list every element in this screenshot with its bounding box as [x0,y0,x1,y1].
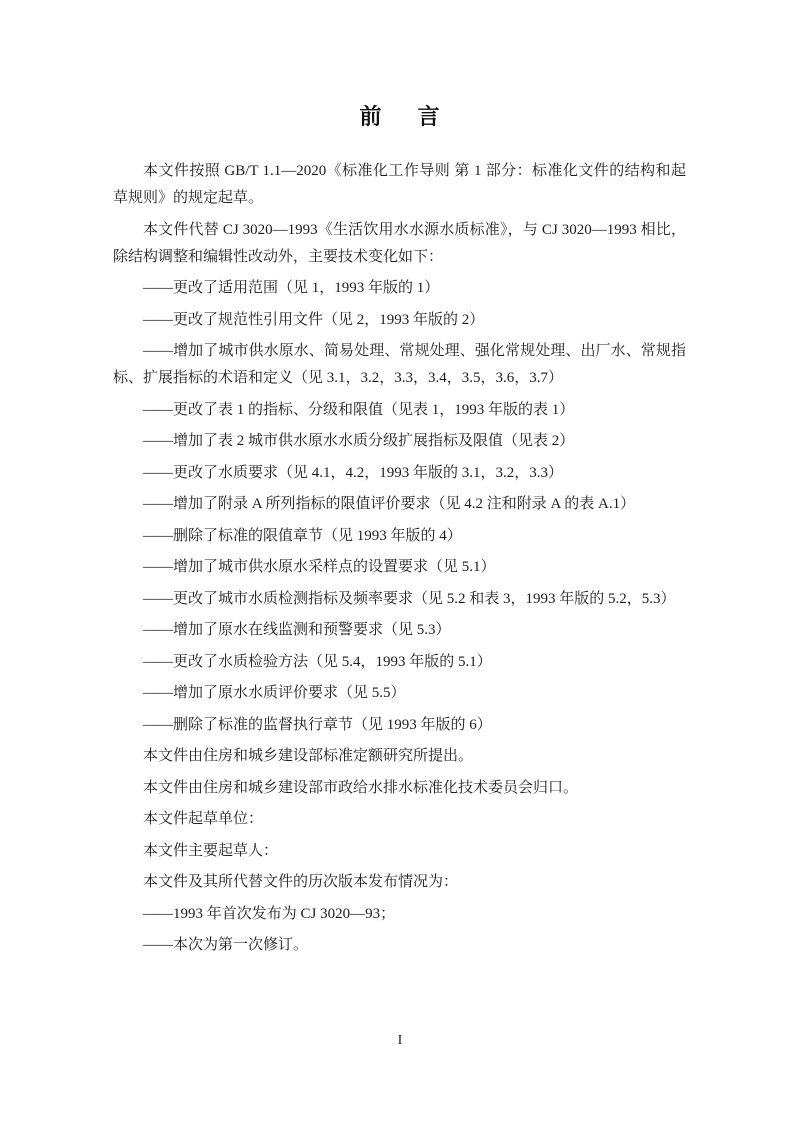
foreword-paragraph: 本文件起草单位： [113,806,686,833]
page-title: 前 言 [113,103,686,130]
foreword-paragraph: ——更改了城市水质检测指标及频率要求（见 5.2 和表 3，1993 年版的 5… [113,586,686,613]
foreword-paragraph: 本文件按照 GB/T 1.1—2020《标准化工作导则 第 1 部分：标准化文件… [113,158,686,212]
foreword-paragraph: 本文件及其所代替文件的历次版本发布情况为： [113,869,686,896]
foreword-paragraph: ——删除了标准的监督执行章节（见 1993 年版的 6） [113,712,686,739]
foreword-paragraph: ——增加了城市供水原水、简易处理、常规处理、强化常规处理、出厂水、常规指标、扩展… [113,338,686,392]
foreword-paragraph: 本文件代替 CJ 3020—1993《生活饮用水水源水质标准》，与 CJ 302… [113,217,686,271]
foreword-paragraph: ——更改了表 1 的指标、分级和限值（见表 1，1993 年版的表 1） [113,397,686,424]
foreword-paragraph: 本文件主要起草人： [113,838,686,865]
foreword-paragraph: 本文件由住房和城乡建设部标准定额研究所提出。 [113,743,686,770]
foreword-paragraph: ——更改了水质检验方法（见 5.4，1993 年版的 5.1） [113,649,686,676]
foreword-paragraph: 本文件由住房和城乡建设部市政给水排水标准化技术委员会归口。 [113,775,686,802]
foreword-section: 前 言 本文件按照 GB/T 1.1—2020《标准化工作导则 第 1 部分：标… [113,103,686,964]
document-page: 前 言 本文件按照 GB/T 1.1—2020《标准化工作导则 第 1 部分：标… [0,0,800,1132]
foreword-paragraph: ——增加了城市供水原水采样点的设置要求（见 5.1） [113,554,686,581]
foreword-paragraph: ——更改了规范性引用文件（见 2，1993 年版的 2） [113,307,686,334]
foreword-paragraph: ——更改了水质要求（见 4.1，4.2，1993 年版的 3.1，3.2，3.3… [113,460,686,487]
foreword-body: 本文件按照 GB/T 1.1—2020《标准化工作导则 第 1 部分：标准化文件… [113,158,686,959]
foreword-paragraph: ——1993 年首次发布为 CJ 3020—93； [113,901,686,928]
foreword-paragraph: ——增加了原水水质评价要求（见 5.5） [113,680,686,707]
page-number: I [0,1032,800,1050]
foreword-paragraph: ——更改了适用范围（见 1，1993 年版的 1） [113,275,686,302]
foreword-paragraph: ——删除了标准的限值章节（见 1993 年版的 4） [113,523,686,550]
foreword-paragraph: ——增加了原水在线监测和预警要求（见 5.3） [113,617,686,644]
foreword-paragraph: ——增加了附录 A 所列指标的限值评价要求（见 4.2 注和附录 A 的表 A.… [113,491,686,518]
foreword-paragraph: ——增加了表 2 城市供水原水水质分级扩展指标及限值（见表 2） [113,428,686,455]
foreword-paragraph: ——本次为第一次修订。 [113,932,686,959]
